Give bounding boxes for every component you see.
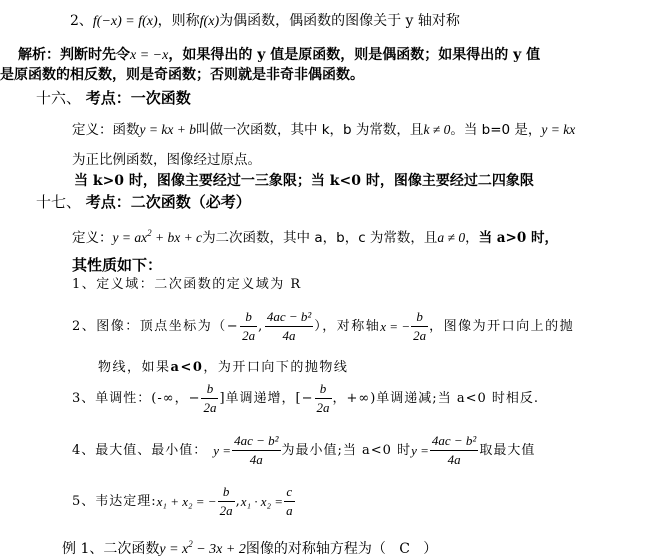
fraction: 4ac − b²4a	[430, 432, 478, 469]
text: + bx + c	[152, 230, 202, 245]
condition: k ≠ 0	[423, 122, 450, 137]
properties-title: 其性质如下：	[72, 256, 162, 274]
numerator: b	[218, 483, 235, 501]
item-number: 2、	[70, 13, 93, 29]
denominator: a	[284, 501, 295, 520]
analysis-formula: x = −x	[130, 48, 168, 63]
numerator: c	[284, 483, 295, 501]
fraction: 4ac − b²4a	[265, 308, 313, 345]
y-equals: y =	[213, 442, 231, 460]
section-16-rule: 当 k>0 时，图像主要经过一三象限；当 k<0 时，图像主要经过二四象限	[74, 172, 534, 190]
text: ），对称轴	[314, 318, 380, 336]
numerator: 4ac − b²	[265, 308, 313, 326]
text: 当 k>0 时，图像主要经过一三象限；当 k<0 时，图像主要经过二四象限	[74, 173, 534, 189]
text: a<0	[171, 360, 204, 375]
denominator: 4a	[430, 450, 478, 469]
denominator: 2a	[218, 501, 235, 520]
property-3: 3、单调性：(-∞，− b2a ]单调递增，[− b2a ，+∞)单调递减;当 …	[72, 380, 539, 417]
fraction: b2a	[411, 308, 428, 345]
fraction: ca	[284, 483, 295, 520]
text: 物线，如果	[98, 360, 171, 375]
text: 4、最大值、最小值：	[72, 442, 207, 460]
separator: ,	[258, 318, 264, 336]
numerator: 4ac − b²	[430, 432, 478, 450]
example-1: 例 1、二次函数y = x2 − 3x + 2图像的对称轴方程为（ C ）	[62, 535, 437, 557]
text: y = ax	[113, 230, 148, 245]
fraction: b2a	[315, 380, 332, 417]
denominator: 4a	[232, 450, 280, 469]
text: 定义：函数	[72, 122, 140, 138]
text: ）	[423, 541, 437, 557]
denominator: 2a	[315, 398, 332, 417]
fx: f(x)	[200, 14, 219, 29]
analysis-line-2: 是原函数的相反数，则是奇函数；否则就是非奇非偶函数。	[0, 66, 364, 84]
denominator: 4a	[265, 326, 313, 345]
numerator: b	[240, 308, 257, 326]
property-5: 5、韦达定理: x₁ + x₂ = − b2a , x₁ · x₂ = ca	[72, 483, 296, 520]
quadratic-formula: y = ax2 + bx + c	[113, 230, 203, 245]
text: 。当 b=0 是，	[450, 122, 541, 138]
section-17-heading: 十七、 考点：二次函数（必考）	[36, 193, 251, 211]
text: y = x	[159, 542, 188, 557]
analysis-line-1: 解析：判断时先令x = −x，如果得出的 y 值是原函数，则是偶函数；如果得出的…	[18, 46, 540, 65]
even-function-line: 2、f(−x) = f(x)，则称f(x)为偶函数，偶函数的图像关于 y 轴对称	[70, 12, 460, 31]
denominator: 2a	[201, 398, 218, 417]
text: 取最大值	[479, 442, 535, 460]
analysis-label: 解析：判断时先令	[18, 47, 130, 63]
text: ，图像为开口向上的抛	[429, 318, 574, 336]
section-title: 考点：二次函数（必考）	[86, 193, 251, 211]
fraction: 4ac − b²4a	[232, 432, 280, 469]
fraction: b2a	[218, 483, 235, 520]
text: ，则称	[158, 13, 200, 29]
text: 为最小值;当 a<0 时	[282, 442, 412, 460]
text: − 3x + 2	[193, 542, 246, 557]
numerator: b	[201, 380, 218, 398]
denominator: 2a	[240, 326, 257, 345]
property-2: 2、图像：顶点坐标为（− b2a , 4ac − b²4a ），对称轴 x = …	[72, 308, 574, 345]
text: 3、单调性：(-∞，−	[72, 390, 200, 408]
property-2-cont: 物线，如果a<0，为开口向下的抛物线	[98, 359, 348, 377]
text: 2、图像：顶点坐标为（−	[72, 318, 239, 336]
proportional-formula: y = kx	[541, 122, 575, 137]
even-formula: f(−x) = f(x)	[93, 14, 158, 29]
text: ，+∞)单调递减;当 a<0 时相反.	[333, 390, 540, 408]
text: 当 a>0 时，	[479, 230, 558, 246]
linear-formula: y = kx + b	[140, 122, 196, 137]
text: 为偶函数，偶函数的图像关于 y 轴对称	[219, 13, 460, 29]
numerator: 4ac − b²	[232, 432, 280, 450]
vieta-sum: x₁ + x₂ = −	[157, 493, 217, 511]
section-16-definition: 定义：函数y = kx + b叫做一次函数，其中 k，b 为常数，且k ≠ 0。…	[72, 121, 575, 139]
condition: a ≠ 0	[437, 230, 465, 245]
text: ，如果得出的 y 值是原函数，则是偶函数；如果得出的 y 值	[168, 47, 540, 63]
axis-formula: x = −	[380, 318, 410, 336]
text: 为正比例函数，图像经过原点。	[72, 152, 261, 168]
vieta-product: x₁ · x₂ =	[241, 493, 283, 511]
text: 图像的对称轴方程为（	[246, 541, 386, 557]
text: ]单调递增，[−	[219, 390, 313, 408]
answer: C	[399, 541, 410, 557]
text: 定义：	[72, 230, 113, 246]
example-formula: y = x2 − 3x + 2	[159, 542, 245, 557]
section-title: 考点：一次函数	[86, 89, 191, 107]
text: 1、定义域：二次函数的定义域为 R	[72, 277, 302, 292]
section-16-definition-cont: 为正比例函数，图像经过原点。	[72, 151, 261, 169]
denominator: 2a	[411, 326, 428, 345]
fraction: b2a	[240, 308, 257, 345]
section-number: 十六、	[36, 89, 81, 107]
text: 5、韦达定理:	[72, 493, 157, 511]
numerator: b	[411, 308, 428, 326]
text: 是原函数的相反数，则是奇函数；否则就是非奇非偶函数。	[0, 67, 364, 83]
property-4: 4、最大值、最小值： y = 4ac − b²4a 为最小值;当 a<0 时 y…	[72, 432, 535, 469]
text: ，为开口向下的抛物线	[203, 360, 348, 375]
y-equals: y =	[411, 442, 429, 460]
example-label: 例 1、二次函数	[62, 541, 159, 557]
text: 其性质如下：	[72, 256, 162, 274]
section-17-definition: 定义：y = ax2 + bx + c为二次函数，其中 a，b，c 为常数，且a…	[72, 224, 558, 247]
text: ，	[465, 230, 479, 246]
property-1: 1、定义域：二次函数的定义域为 R	[72, 276, 302, 294]
text: 为二次函数，其中 a，b，c 为常数，且	[202, 230, 437, 246]
text: 叫做一次函数，其中 k，b 为常数，且	[196, 122, 423, 138]
numerator: b	[315, 380, 332, 398]
section-16-heading: 十六、 考点：一次函数	[36, 89, 191, 107]
fraction: b2a	[201, 380, 218, 417]
section-number: 十七、	[36, 193, 81, 211]
